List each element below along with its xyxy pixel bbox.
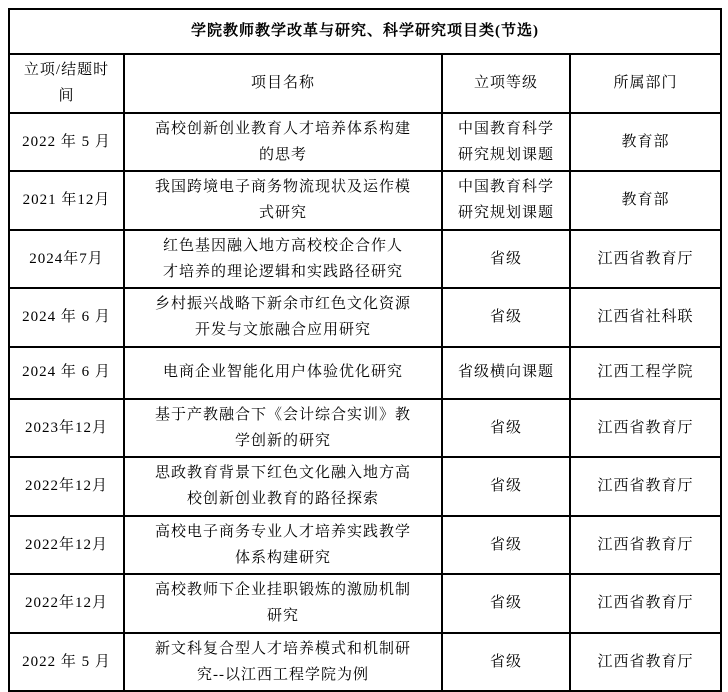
cell-time: 2022 年 5 月 (9, 633, 124, 687)
column-header-time: 立项/结题时 间 (9, 54, 124, 113)
cell-department: 江西省社科联 (570, 288, 721, 347)
cell-project-name: 电商企业智能化用户体验优化研究 (124, 347, 442, 399)
table-row: 2024 年 6 月乡村振兴战略下新余市红色文化资源 开发与文旅融合应用研究省级… (9, 288, 721, 347)
document-page: 学院教师教学改革与研究、科学研究项目类(节选) 立项/结题时 间 项目名称 立项… (8, 8, 722, 686)
cell-project-name: 我国跨境电子商务物流现状及运作模 式研究 (124, 171, 442, 230)
table-row: 2022 年 5 月新文科复合型人才培养模式和机制研 究--以江西工程学院为例省… (9, 633, 721, 687)
cell-time: 2022年12月 (9, 516, 124, 575)
cell-project-name: 红色基因融入地方高校校企合作人 才培养的理论逻辑和实践路径研究 (124, 230, 442, 289)
column-header-project-name: 项目名称 (124, 54, 442, 113)
cell-time: 2022年12月 (9, 457, 124, 516)
cell-level: 省级 (442, 457, 570, 516)
cell-level: 中国教育科学 研究规划课题 (442, 171, 570, 230)
cell-level: 省级 (442, 288, 570, 347)
cell-level: 省级 (442, 516, 570, 575)
cell-department: 江西省教育厅 (570, 230, 721, 289)
table-row: 2021 年12月我国跨境电子商务物流现状及运作模 式研究中国教育科学 研究规划… (9, 171, 721, 230)
cell-department: 江西省教育厅 (570, 574, 721, 633)
projects-table: 学院教师教学改革与研究、科学研究项目类(节选) 立项/结题时 间 项目名称 立项… (8, 8, 722, 686)
cell-project-name: 乡村振兴战略下新余市红色文化资源 开发与文旅融合应用研究 (124, 288, 442, 347)
cell-time: 2024 年 6 月 (9, 288, 124, 347)
column-header-department: 所属部门 (570, 54, 721, 113)
cell-project-name: 高校电子商务专业人才培养实践教学 体系构建研究 (124, 516, 442, 575)
cell-department: 教育部 (570, 171, 721, 230)
table-row: 2022年12月高校电子商务专业人才培养实践教学 体系构建研究省级江西省教育厅 (9, 516, 721, 575)
column-header-level: 立项等级 (442, 54, 570, 113)
table-body: 2022 年 5 月高校创新创业教育人才培养体系构建 的思考中国教育科学 研究规… (9, 113, 721, 687)
cell-project-name: 新文科复合型人才培养模式和机制研 究--以江西工程学院为例 (124, 633, 442, 687)
cell-department: 江西工程学院 (570, 347, 721, 399)
cell-department: 江西省教育厅 (570, 457, 721, 516)
table-row: 2022 年 5 月高校创新创业教育人才培养体系构建 的思考中国教育科学 研究规… (9, 113, 721, 172)
cell-department: 江西省教育厅 (570, 516, 721, 575)
cell-level: 省级 (442, 399, 570, 458)
cell-project-name: 高校教师下企业挂职锻炼的激励机制 研究 (124, 574, 442, 633)
cell-department: 江西省教育厅 (570, 633, 721, 687)
table-row: 2022年12月高校教师下企业挂职锻炼的激励机制 研究省级江西省教育厅 (9, 574, 721, 633)
table-title: 学院教师教学改革与研究、科学研究项目类(节选) (9, 9, 721, 54)
table-row: 2024 年 6 月电商企业智能化用户体验优化研究省级横向课题江西工程学院 (9, 347, 721, 399)
table-row: 2023年12月基于产教融合下《会计综合实训》教 学创新的研究省级江西省教育厅 (9, 399, 721, 458)
cell-time: 2022年12月 (9, 574, 124, 633)
cell-level: 省级 (442, 230, 570, 289)
cell-time: 2023年12月 (9, 399, 124, 458)
cell-project-name: 基于产教融合下《会计综合实训》教 学创新的研究 (124, 399, 442, 458)
cell-project-name: 高校创新创业教育人才培养体系构建 的思考 (124, 113, 442, 172)
cell-level: 省级横向课题 (442, 347, 570, 399)
table-row: 2024年7月红色基因融入地方高校校企合作人 才培养的理论逻辑和实践路径研究省级… (9, 230, 721, 289)
cell-level: 中国教育科学 研究规划课题 (442, 113, 570, 172)
title-row: 学院教师教学改革与研究、科学研究项目类(节选) (9, 9, 721, 54)
cell-project-name: 思政教育背景下红色文化融入地方高 校创新创业教育的路径探索 (124, 457, 442, 516)
cell-time: 2022 年 5 月 (9, 113, 124, 172)
table-head: 学院教师教学改革与研究、科学研究项目类(节选) 立项/结题时 间 项目名称 立项… (9, 9, 721, 113)
cell-time: 2021 年12月 (9, 171, 124, 230)
cell-time: 2024年7月 (9, 230, 124, 289)
cell-department: 江西省教育厅 (570, 399, 721, 458)
cell-level: 省级 (442, 633, 570, 687)
cell-department: 教育部 (570, 113, 721, 172)
cell-time: 2024 年 6 月 (9, 347, 124, 399)
cell-level: 省级 (442, 574, 570, 633)
table-row: 2022年12月思政教育背景下红色文化融入地方高 校创新创业教育的路径探索省级江… (9, 457, 721, 516)
header-row: 立项/结题时 间 项目名称 立项等级 所属部门 (9, 54, 721, 113)
